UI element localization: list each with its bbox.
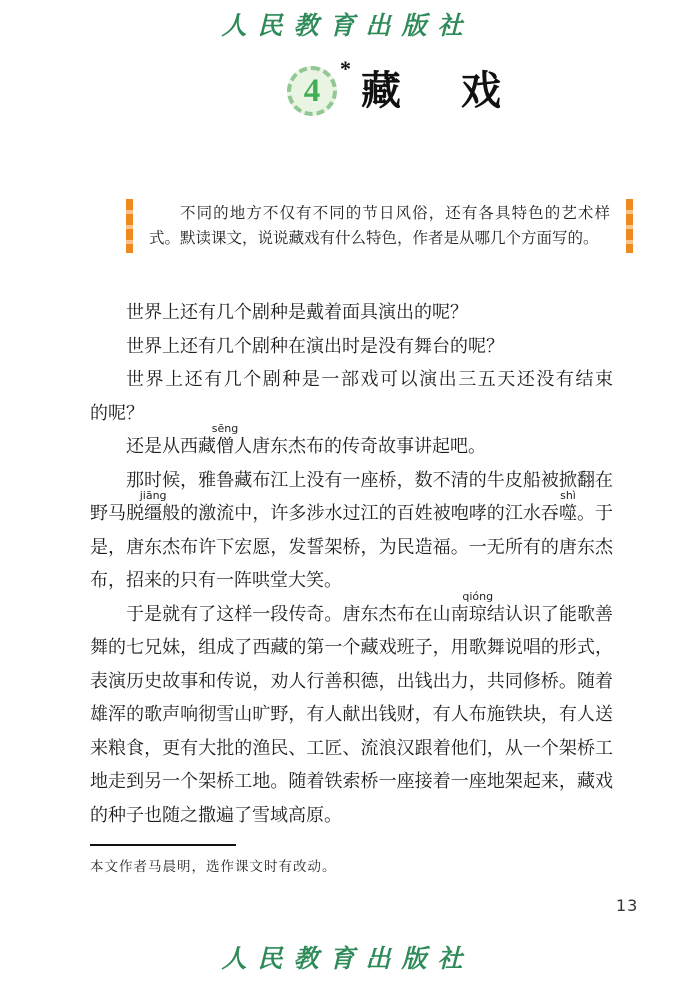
text-line: 不同的地方不仅有不同的节日风俗，还有各具特色的艺术样 bbox=[149, 201, 610, 226]
text-line: 世界上还有几个剧种是戴着面具演出的呢？ bbox=[90, 296, 613, 330]
pinyin-label: jiāng bbox=[140, 490, 167, 501]
pinyin-label: qióng bbox=[462, 591, 493, 602]
text-line: 的种子也随之撒遍了雪域高原。 bbox=[90, 799, 613, 833]
footer: 人民教育出版社 bbox=[0, 939, 695, 975]
intro-text: 不同的地方不仅有不同的节日风俗，还有各具特色的艺术样式。默读课文，说说藏戏有什么… bbox=[133, 201, 626, 251]
text-line: 布，招来的只有一阵哄堂大笑。 bbox=[90, 564, 613, 598]
pinyin-annotated-char: 僧sēng bbox=[216, 436, 234, 456]
text-line: 还是从西藏僧sēng人唐东杰布的传奇故事讲起吧。 bbox=[90, 430, 613, 464]
page-number: 13 bbox=[616, 896, 638, 915]
text-line: 野马脱缰jiāng般的激流中，许多涉水过江的百姓被咆哮的江水吞噬shì。于 bbox=[90, 497, 613, 531]
text-line: 是，唐东杰布许下宏愿，发誓架桥，为民造福。一无所有的唐东杰 bbox=[90, 531, 613, 565]
text-line: 世界上还有几个剧种在演出时是没有舞台的呢？ bbox=[90, 330, 613, 364]
orange-bar-right bbox=[626, 199, 633, 253]
pinyin-annotated-char: 缰jiāng bbox=[144, 503, 162, 523]
text-line: 式。默读课文，说说藏戏有什么特色，作者是从哪几个方面写的。 bbox=[149, 226, 610, 251]
optional-lesson-asterisk: * bbox=[340, 56, 351, 82]
lesson-number-badge: 4 * bbox=[287, 66, 337, 116]
body-text: 世界上还有几个剧种是戴着面具演出的呢？世界上还有几个剧种在演出时是没有舞台的呢？… bbox=[90, 296, 613, 832]
text-line: 表演历史故事和传说，劝人行善积德，出钱出力，共同修桥。随着 bbox=[90, 665, 613, 699]
text-line: 雄浑的歌声响彻雪山旷野，有人献出钱财，有人布施铁块，有人送 bbox=[90, 698, 613, 732]
footnote-separator bbox=[90, 844, 236, 846]
pinyin-label: shì bbox=[560, 490, 576, 501]
footnote: 本文作者马晨明，选作课文时有改动。 bbox=[90, 844, 613, 875]
publisher-logo-top: 人民教育出版社 bbox=[221, 6, 473, 42]
text-line: 来粮食，更有大批的渔民、工匠、流浪汉跟着他们，从一个架桥工 bbox=[90, 732, 613, 766]
lesson-title-row: 4 * 藏 戏 bbox=[287, 66, 511, 116]
publisher-logo-bottom: 人民教育出版社 bbox=[221, 939, 473, 975]
textbook-page: 人民教育出版社 4 * 藏 戏 不同的地方不仅有不同的节日风俗，还有各具特色的艺… bbox=[0, 0, 695, 983]
pinyin-label: sēng bbox=[212, 423, 238, 434]
page-title: 藏 戏 bbox=[361, 67, 511, 115]
text-line: 于是就有了这样一段传奇。唐东杰布在山南琼qióng结认识了能歌善 bbox=[90, 598, 613, 632]
text-line: 的呢？ bbox=[90, 397, 613, 431]
intro-prompt-box: 不同的地方不仅有不同的节日风俗，还有各具特色的艺术样式。默读课文，说说藏戏有什么… bbox=[126, 199, 633, 253]
footnote-text: 本文作者马晨明，选作课文时有改动。 bbox=[90, 855, 613, 875]
text-line: 地走到另一个架桥工地。随着铁索桥一座接着一座地架起来，藏戏 bbox=[90, 765, 613, 799]
text-line: 那时候，雅鲁藏布江上没有一座桥，数不清的牛皮船被掀翻在 bbox=[90, 464, 613, 498]
pinyin-annotated-char: 琼qióng bbox=[469, 604, 487, 624]
header: 人民教育出版社 bbox=[0, 6, 695, 42]
orange-bar-left bbox=[126, 199, 133, 253]
lesson-number: 4 bbox=[304, 75, 321, 108]
text-line: 舞的七兄妹，组成了西藏的第一个藏戏班子，用歌舞说唱的形式， bbox=[90, 631, 613, 665]
text-line: 世界上还有几个剧种是一部戏可以演出三五天还没有结束 bbox=[90, 363, 613, 397]
pinyin-annotated-char: 噬shì bbox=[559, 503, 577, 523]
lesson-number-circle: 4 bbox=[287, 66, 337, 116]
